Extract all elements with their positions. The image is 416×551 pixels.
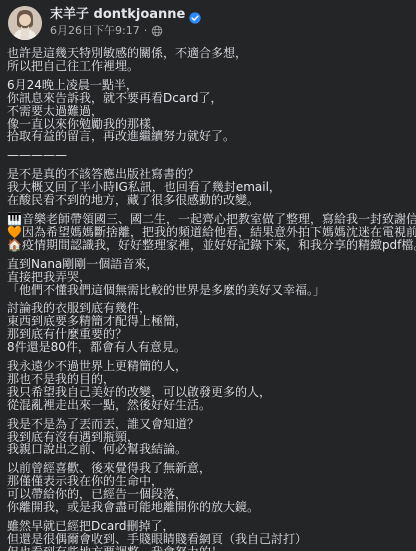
post-header: 末羊子 dontkjoanne 6月26日下午9:17 · (0, 0, 416, 42)
avatar[interactable] (8, 6, 42, 40)
post-paragraph: ————— (7, 149, 410, 162)
post-body: 也許是這幾天特別敏感的關係，不適合多想，所以把自己往工作裡埋。6月24晚上凌晨一… (0, 42, 416, 551)
post-paragraph: 也許是這幾天特別敏感的關係，不適合多想，所以把自己往工作裡埋。 (7, 47, 410, 73)
post-paragraph: 是不是真的不該答應出版社寫書的？我大概又回了半小時IG私訊，也回看了幾封emai… (7, 168, 410, 207)
post-paragraph: 我永遠少不過世界上更精簡的人，那也不是我的目的，我只希望我自己美好的改變，可以啟… (7, 360, 410, 412)
post-paragraph: 6月24晚上凌晨一點半，你訊息來告訴我，就不要再看Dcard了，不需要太過難過，… (7, 79, 410, 144)
post-paragraph: 我是不是為了丟而丟，誰又會知道？我到底有沒有遇到瓶頸，我親口說出之前、何必幫我結… (7, 418, 410, 457)
post-paragraph: 雖然早就已經把Dcard刪掉了，但還是很偶爾會收到、手賤眼睛賤看網頁（我自己討打… (7, 520, 410, 551)
post-timestamp[interactable]: 6月26日下午9:17 (50, 25, 140, 37)
post-paragraph: 以前曾經喜歡、後來覺得我了無新意，那僅僅表示我在你的生命中，可以帶給你的，已經告… (7, 462, 410, 514)
profile-name[interactable]: 末羊子 dontkjoanne (50, 7, 185, 22)
verified-badge-icon (189, 9, 201, 21)
globe-icon (151, 25, 163, 37)
post-paragraph: 討論我的衣服到底有幾件，東西到底要多精簡才配得上極簡，那到底有什麼重要的？8件還… (7, 302, 410, 354)
profile-photo-illustration (8, 6, 42, 40)
header-meta: 末羊子 dontkjoanne 6月26日下午9:17 · (50, 6, 201, 37)
meta-separator: · (144, 25, 148, 37)
post-paragraph: 🎹音樂老師帶領國三、國二生，一起齊心把教室做了整理，寫給我一封致謝信。🧡因為希望… (7, 213, 410, 252)
post-paragraph: 直到Nana剛剛一個語音來，直接把我弄哭，「他們不懂我們這個無需比較的世界是多麼… (7, 258, 410, 297)
